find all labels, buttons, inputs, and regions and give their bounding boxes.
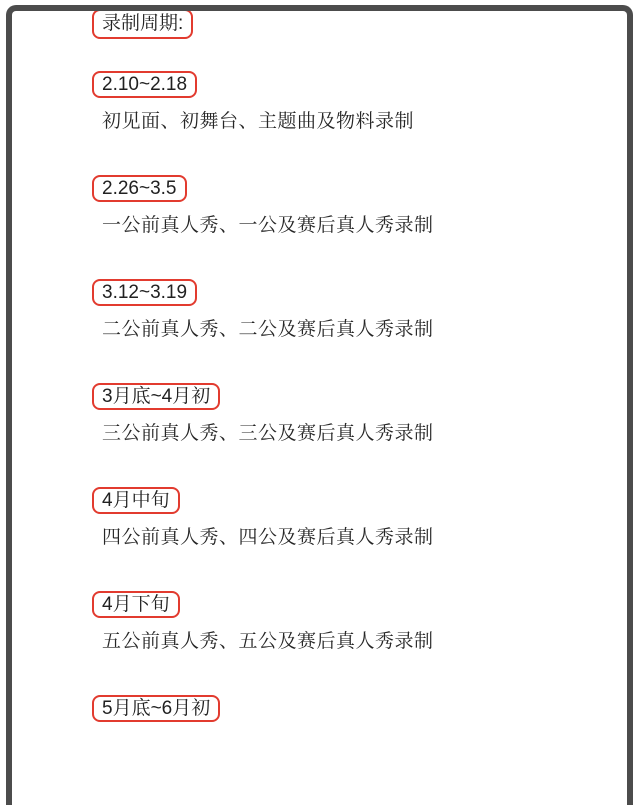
period-box: 2.10~2.18 [92,71,197,98]
schedule-section: 4月下旬 五公前真人秀、五公及赛后真人秀录制 [92,591,617,652]
schedule-section: 3月底~4月初 三公前真人秀、三公及赛后真人秀录制 [92,383,617,444]
period-label: 3月底~4月初 [102,386,210,407]
schedule-section: 2.26~3.5 一公前真人秀、一公及赛后真人秀录制 [92,175,617,236]
period-box: 2.26~3.5 [92,175,187,202]
schedule-section: 2.10~2.18 初见面、初舞台、主题曲及物料录制 [92,71,617,132]
recording-period-title: 录制周期: [102,13,183,34]
period-box: 3月底~4月初 [92,383,220,410]
document-content: 录制周期: 2.10~2.18 初见面、初舞台、主题曲及物料录制 2.26~3.… [12,11,627,722]
period-description: 二公前真人秀、二公及赛后真人秀录制 [102,319,617,340]
period-box: 5月底~6月初 [92,695,220,722]
schedule-section: 3.12~3.19 二公前真人秀、二公及赛后真人秀录制 [92,279,617,340]
period-label: 5月底~6月初 [102,698,210,719]
recording-period-title-box: 录制周期: [92,9,193,39]
period-description: 一公前真人秀、一公及赛后真人秀录制 [102,215,617,236]
period-label: 2.26~3.5 [102,178,177,199]
period-box: 4月下旬 [92,591,180,618]
period-box: 3.12~3.19 [92,279,197,306]
period-label: 3.12~3.19 [102,282,187,303]
period-description: 初见面、初舞台、主题曲及物料录制 [102,111,617,132]
period-label: 2.10~2.18 [102,74,187,95]
schedule-section: 5月底~6月初 [92,695,617,722]
period-description: 五公前真人秀、五公及赛后真人秀录制 [102,631,617,652]
period-label: 4月下旬 [102,594,170,615]
period-description: 四公前真人秀、四公及赛后真人秀录制 [102,527,617,548]
schedule-section: 4月中旬 四公前真人秀、四公及赛后真人秀录制 [92,487,617,548]
period-label: 4月中旬 [102,490,170,511]
document-page: 录制周期: 2.10~2.18 初见面、初舞台、主题曲及物料录制 2.26~3.… [6,5,633,743]
period-box: 4月中旬 [92,487,180,514]
period-description: 三公前真人秀、三公及赛后真人秀录制 [102,423,617,444]
